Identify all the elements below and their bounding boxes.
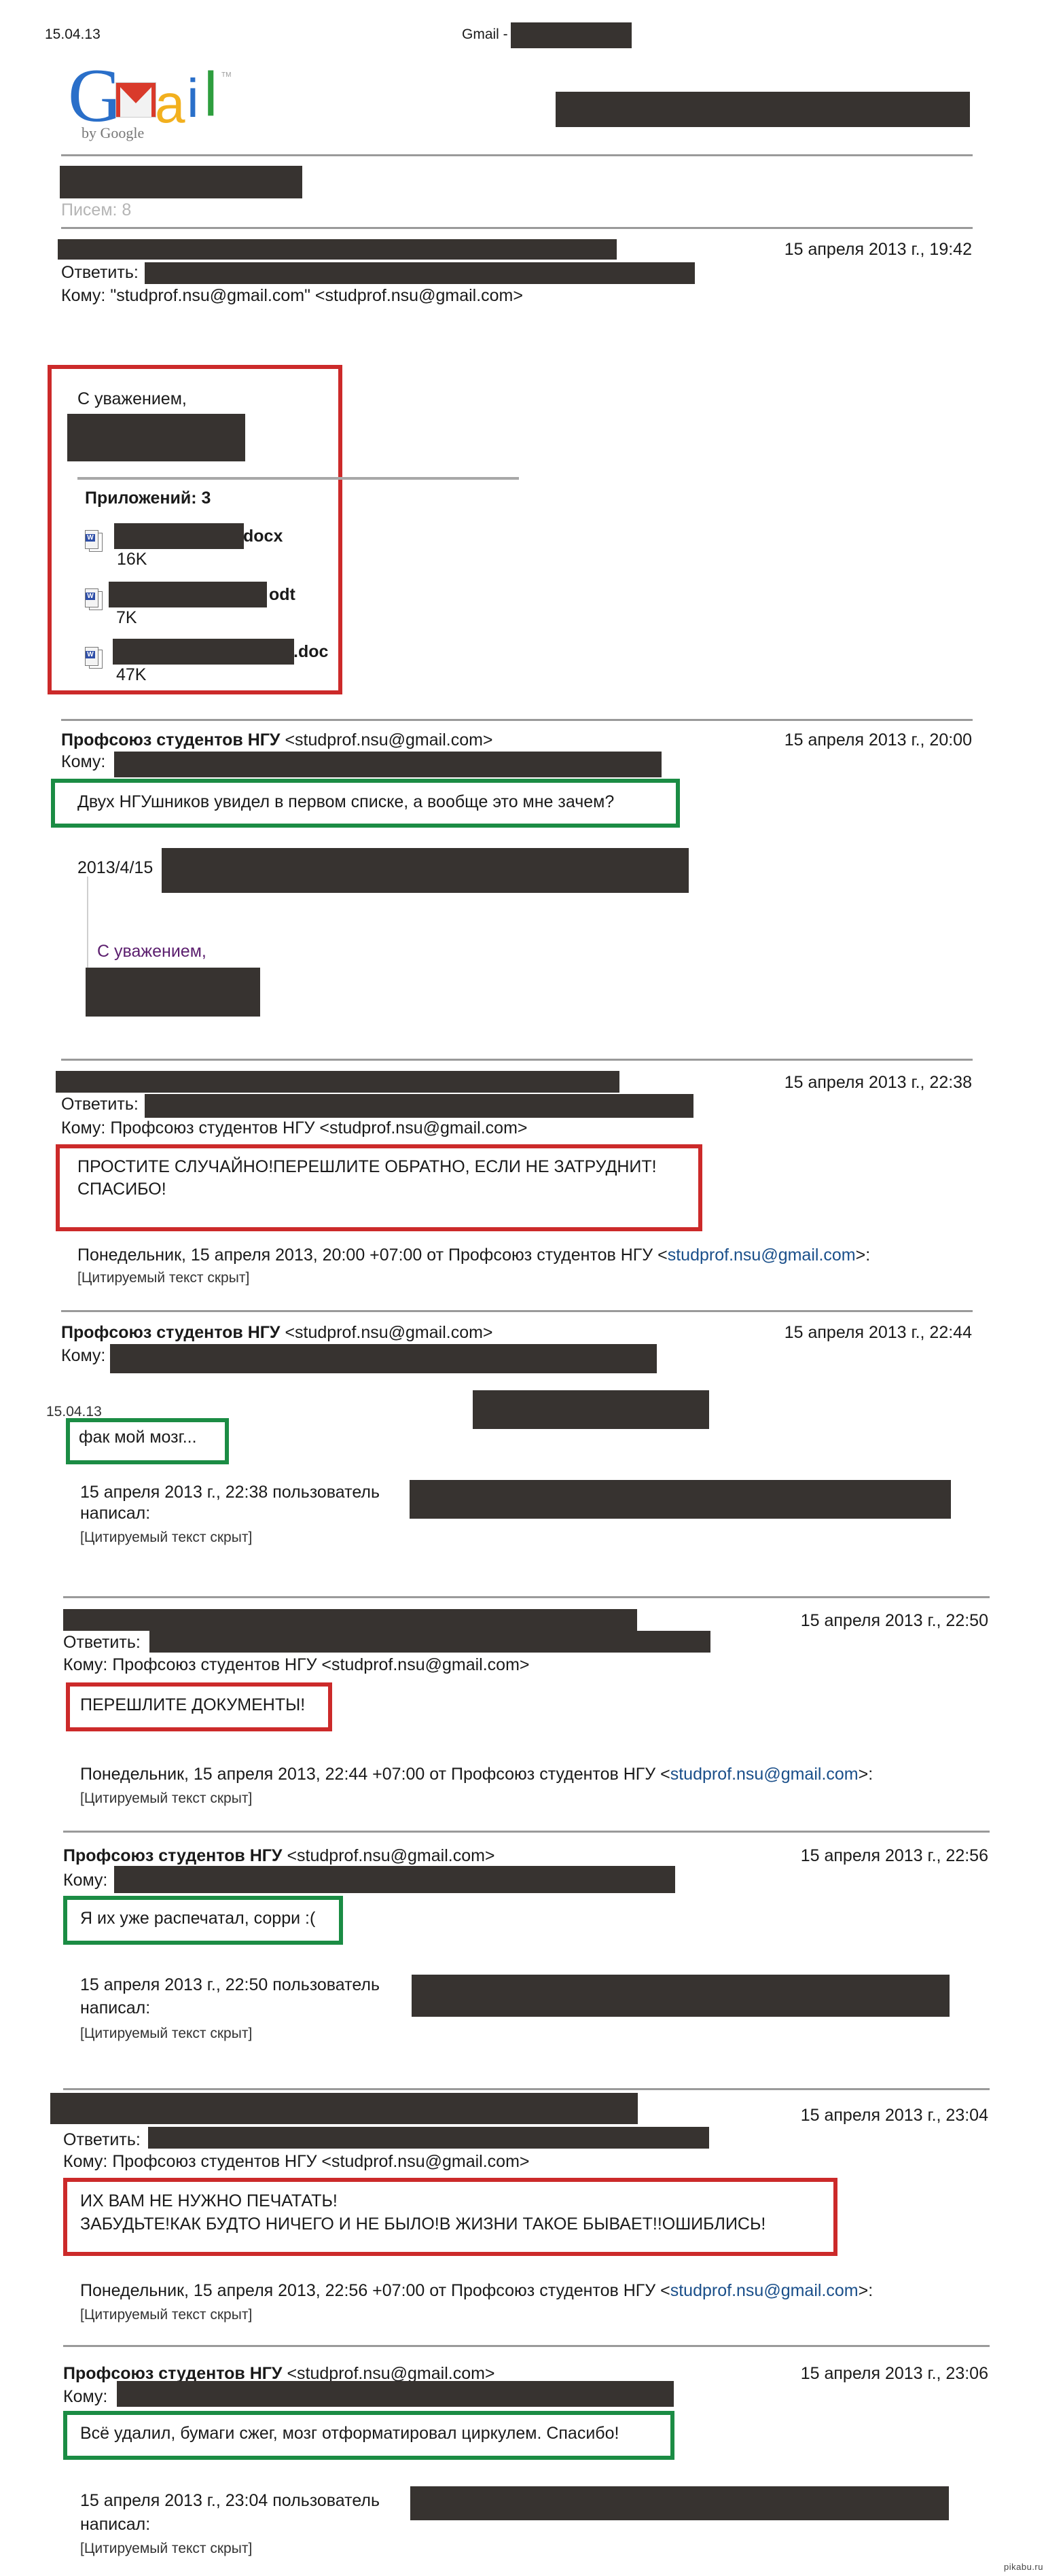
redacted-quote-author xyxy=(162,848,689,893)
quoted-text-hidden[interactable]: [Цитируемый текст скрыт] xyxy=(80,2024,252,2044)
sender-line: Профсоюз студентов НГУ <studprof.nsu@gma… xyxy=(61,730,493,750)
sender-name: Профсоюз студентов НГУ xyxy=(61,1323,281,1342)
redacted-sender xyxy=(50,2093,638,2124)
reply-to-label: Ответить: xyxy=(63,1632,141,1653)
message-date: 15 апреля 2013 г., 22:38 xyxy=(784,1072,972,1093)
redacted-filename xyxy=(113,639,294,665)
recipient-line: Кому: Профсоюз студентов НГУ <studprof.n… xyxy=(63,1655,530,1675)
message-body-line: ИХ ВАМ НЕ НУЖНО ПЕЧАТАТЬ! xyxy=(80,2191,338,2211)
quote-intro: 15 апреля 2013 г., 22:38 пользователь xyxy=(80,1482,380,1502)
redacted-sender xyxy=(58,239,617,260)
recipient-label: Кому: xyxy=(61,1345,105,1366)
watermark: pikabu.ru xyxy=(1004,2562,1043,2572)
redacted-reply-to xyxy=(149,1631,710,1653)
quote-tail: >: xyxy=(856,1246,871,1265)
message-body-line: ЗАБУДЬТЕ!КАК БУДТО НИЧЕГО И НЕ БЫЛО!В ЖИ… xyxy=(80,2214,765,2234)
redacted-subject xyxy=(60,166,302,198)
message-body: Двух НГУшников увидел в первом списке, а… xyxy=(77,792,614,812)
logo-i: i xyxy=(187,71,199,126)
word-doc-icon: W xyxy=(85,530,103,552)
attachments-divider xyxy=(77,477,519,480)
message-body: Я их уже распечатал, сорри :( xyxy=(80,1908,315,1928)
quoted-text-hidden[interactable]: [Цитируемый текст скрыт] xyxy=(80,2305,252,2325)
divider xyxy=(61,1059,973,1061)
redacted-reply-to xyxy=(148,2127,709,2149)
sender-line: Профсоюз студентов НГУ <studprof.nsu@gma… xyxy=(61,1322,493,1343)
redacted-quote-author xyxy=(410,1480,951,1519)
attachment-size: 16K xyxy=(117,549,147,569)
redacted-title xyxy=(511,22,632,48)
message-date: 15 апреля 2013 г., 23:06 xyxy=(801,2363,988,2384)
quote-header: Понедельник, 15 апреля 2013, 22:44 +07:0… xyxy=(80,1764,873,1784)
redacted-sender xyxy=(63,1609,637,1631)
redacted-quote-author xyxy=(412,1975,950,2017)
divider xyxy=(61,227,973,229)
quoted-text-hidden[interactable]: [Цитируемый текст скрыт] xyxy=(77,1268,249,1288)
quote-intro: Понедельник, 15 апреля 2013, 22:44 +07:0… xyxy=(80,1765,670,1784)
message-date: 15 апреля 2013 г., 22:44 xyxy=(784,1322,972,1343)
quote-wrote: написал: xyxy=(80,1503,150,1523)
redacted-recipient xyxy=(114,752,662,777)
divider xyxy=(61,1310,973,1312)
quote-intro: 15 апреля 2013 г., 22:50 пользователь xyxy=(80,1975,380,1995)
message-body: Всё удалил, бумаги сжег, мозг отформатир… xyxy=(80,2423,619,2443)
quote-tail: >: xyxy=(859,2281,873,2300)
sender-name: Профсоюз студентов НГУ xyxy=(61,730,281,749)
redacted-account xyxy=(556,92,970,127)
redacted-filename xyxy=(114,523,244,549)
envelope-icon xyxy=(115,82,156,118)
message-body-line: ПРОСТИТЕ СЛУЧАЙНО!ПЕРЕШЛИТЕ ОБРАТНО, ЕСЛ… xyxy=(77,1157,657,1177)
quoted-text-hidden[interactable]: [Цитируемый текст скрыт] xyxy=(80,1528,252,1548)
quoted-text-hidden[interactable]: [Цитируемый текст скрыт] xyxy=(80,1788,252,1809)
quote-wrote: написал: xyxy=(80,1998,150,2018)
recipient-label: Кому: xyxy=(63,1870,107,1890)
message-body-line: СПАСИБО! xyxy=(77,1179,166,1199)
redacted-recipient xyxy=(117,2381,674,2407)
reply-to-label: Ответить: xyxy=(63,2130,141,2150)
logo-trademark: TM xyxy=(221,71,231,79)
logo-a: a xyxy=(155,77,185,131)
logo-g: G xyxy=(68,58,123,134)
attachment-ext[interactable]: odt xyxy=(269,584,295,605)
quoted-text-hidden[interactable]: [Цитируемый текст скрыт] xyxy=(80,2539,252,2559)
quote-date: 2013/4/15 xyxy=(77,858,153,878)
recipient-label: Кому: xyxy=(61,752,105,772)
message-date: 15 апреля 2013 г., 19:42 xyxy=(784,239,972,260)
quote-bar xyxy=(87,877,88,972)
sender-name: Профсоюз студентов НГУ xyxy=(63,2364,283,2383)
word-doc-icon: W xyxy=(85,588,103,610)
divider xyxy=(63,2345,990,2347)
sender-line: Профсоюз студентов НГУ <studprof.nsu@gma… xyxy=(63,1846,495,1866)
recipient-label: Кому: xyxy=(63,2386,107,2407)
gmail-logo[interactable]: G a i l TM by Google xyxy=(68,58,245,139)
logo-l: l xyxy=(204,63,217,126)
message-body-line: ПЕРЕШЛИТЕ ДОКУМЕНТЫ! xyxy=(80,1695,305,1715)
message-date: 15 апреля 2013 г., 23:04 xyxy=(801,2105,988,2125)
redacted-reply-to xyxy=(145,262,695,284)
quote-header: Понедельник, 15 апреля 2013, 22:56 +07:0… xyxy=(80,2280,873,2301)
redacted-sender xyxy=(56,1071,619,1093)
attachment-ext[interactable]: docx xyxy=(243,526,283,546)
divider xyxy=(63,1831,990,1833)
sender-email: <studprof.nsu@gmail.com> xyxy=(285,730,492,749)
redacted-filename xyxy=(109,582,267,607)
print-title: Gmail - xyxy=(462,24,508,45)
sender-email: <studprof.nsu@gmail.com> xyxy=(285,1323,492,1342)
redacted-title xyxy=(473,1390,709,1429)
redacted-recipient xyxy=(114,1866,675,1893)
recipient-line: Кому: "studprof.nsu@gmail.com" <studprof… xyxy=(61,285,523,306)
reply-to-label: Ответить: xyxy=(61,262,139,283)
message-body: фак мой мозг... xyxy=(79,1427,197,1447)
attachment-size: 47K xyxy=(116,665,146,685)
attachment-size: 7K xyxy=(116,607,137,628)
divider xyxy=(63,1596,990,1598)
quote-email-link[interactable]: studprof.nsu@gmail.com xyxy=(668,1246,856,1265)
reply-to-label: Ответить: xyxy=(61,1094,139,1114)
attachment-ext[interactable]: .doc xyxy=(293,641,328,662)
redacted-signature xyxy=(86,968,260,1017)
divider xyxy=(61,719,973,721)
redacted-reply-to xyxy=(145,1094,693,1118)
quote-email-link[interactable]: studprof.nsu@gmail.com xyxy=(670,1765,859,1784)
redacted-recipient xyxy=(110,1344,657,1373)
message-date: 15 апреля 2013 г., 22:56 xyxy=(801,1846,988,1866)
quote-intro: Понедельник, 15 апреля 2013, 20:00 +07:0… xyxy=(77,1246,668,1265)
sender-name: Профсоюз студентов НГУ xyxy=(63,1846,283,1865)
divider xyxy=(61,154,973,156)
quote-intro: Понедельник, 15 апреля 2013, 22:56 +07:0… xyxy=(80,2281,670,2300)
message-date: 15 апреля 2013 г., 22:50 xyxy=(801,1610,988,1631)
sender-email: <studprof.nsu@gmail.com> xyxy=(287,1846,494,1865)
redacted-quote-author xyxy=(410,2486,949,2520)
print-date: 15.04.13 xyxy=(45,24,101,45)
quote-intro: 15 апреля 2013 г., 23:04 пользователь xyxy=(80,2490,380,2511)
recipient-line: Кому: Профсоюз студентов НГУ <studprof.n… xyxy=(63,2151,530,2172)
message-date: 15 апреля 2013 г., 20:00 xyxy=(784,730,972,750)
quote-regards: С уважением, xyxy=(97,941,206,961)
redacted-signature xyxy=(67,414,245,461)
divider xyxy=(63,2088,990,2090)
message-count: Писем: 8 xyxy=(61,200,131,220)
quote-tail: >: xyxy=(859,1765,873,1784)
attachments-count: Приложений: 3 xyxy=(85,488,211,508)
word-doc-icon: W xyxy=(85,647,103,669)
quote-wrote: написал: xyxy=(80,2514,150,2535)
sender-email: <studprof.nsu@gmail.com> xyxy=(287,2364,494,2383)
logo-by-google: by Google xyxy=(82,124,144,142)
recipient-line: Кому: Профсоюз студентов НГУ <studprof.n… xyxy=(61,1118,528,1138)
signature-greeting: С уважением, xyxy=(77,389,187,409)
quote-email-link[interactable]: studprof.nsu@gmail.com xyxy=(670,2281,859,2300)
quote-header: Понедельник, 15 апреля 2013, 20:00 +07:0… xyxy=(77,1245,870,1265)
